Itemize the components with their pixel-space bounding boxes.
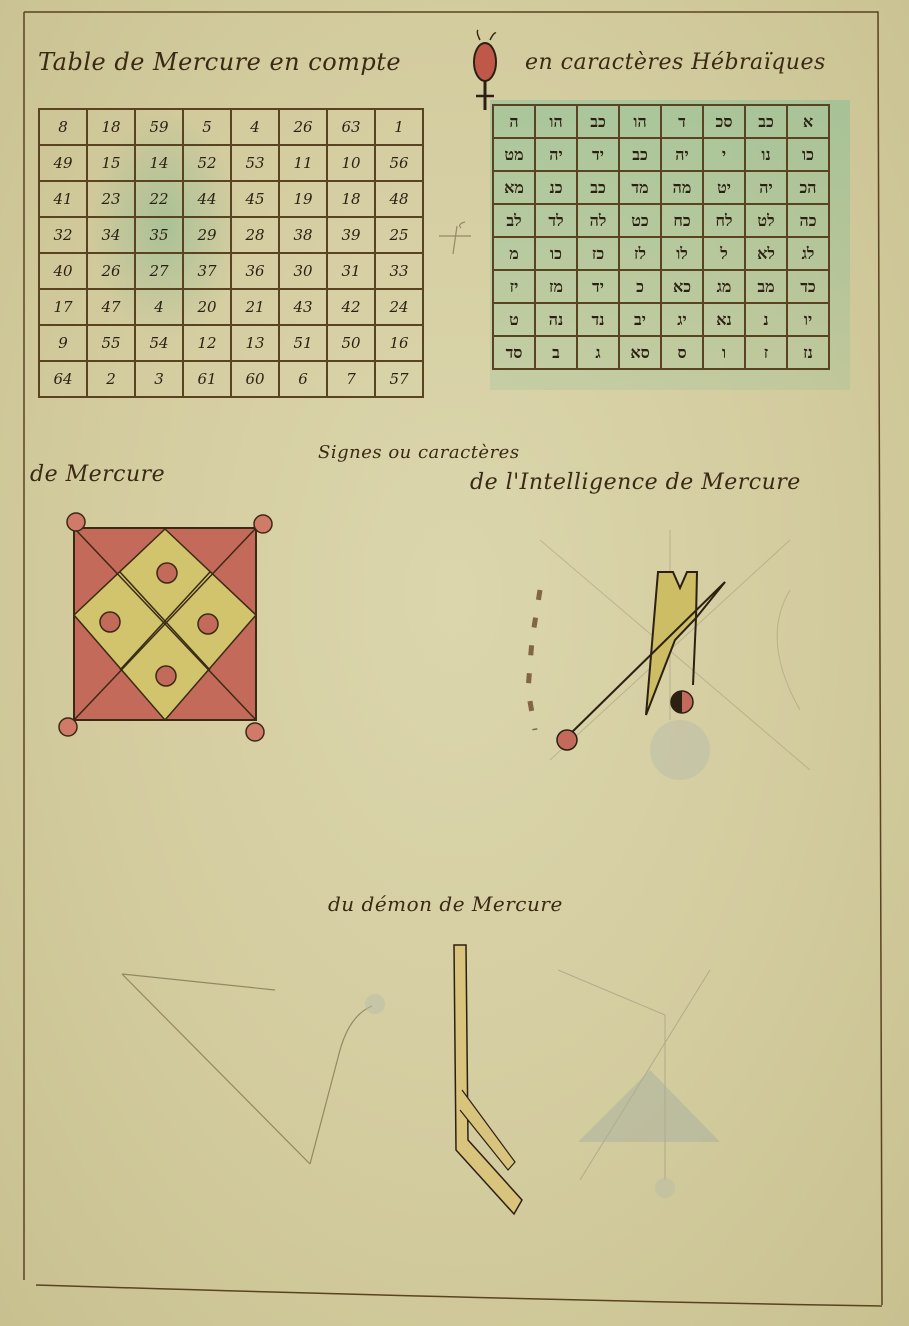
table-cell: 37 bbox=[183, 253, 231, 289]
table-cell: כה bbox=[787, 204, 829, 237]
table-cell: ל bbox=[703, 237, 745, 270]
table-cell: 26 bbox=[279, 109, 327, 145]
table-cell: 4 bbox=[135, 289, 183, 325]
table-cell: ט bbox=[493, 303, 535, 336]
table-row: 955541213515016 bbox=[39, 325, 423, 361]
table-cell: 13 bbox=[231, 325, 279, 361]
table-cell: 3 bbox=[135, 361, 183, 397]
table-row: מאכנכבמדמהיטיההכ bbox=[493, 171, 829, 204]
table-cell: הו bbox=[535, 105, 577, 138]
table-cell: 43 bbox=[279, 289, 327, 325]
table-row: 4026273736303133 bbox=[39, 253, 423, 289]
table-cell: יד bbox=[577, 138, 619, 171]
table-cell: 12 bbox=[183, 325, 231, 361]
table-cell: סד bbox=[493, 336, 535, 369]
table-cell: יה bbox=[661, 138, 703, 171]
table-cell: 51 bbox=[279, 325, 327, 361]
table-cell: מא bbox=[493, 171, 535, 204]
signs-caption-line1: Signes ou caractères bbox=[318, 442, 520, 463]
table-cell: א bbox=[787, 105, 829, 138]
table-cell: 27 bbox=[135, 253, 183, 289]
table-row: סדבגסאסוזנז bbox=[493, 336, 829, 369]
table-cell: 18 bbox=[327, 181, 375, 217]
table-cell: לא bbox=[745, 237, 787, 270]
table-cell: ו bbox=[703, 336, 745, 369]
table-cell: 14 bbox=[135, 145, 183, 181]
table-cell: 1 bbox=[375, 109, 423, 145]
table-cell: 33 bbox=[375, 253, 423, 289]
table-cell: מה bbox=[661, 171, 703, 204]
table-cell: 8 bbox=[39, 109, 87, 145]
demon-sign bbox=[110, 930, 760, 1230]
table-cell: 64 bbox=[39, 361, 87, 397]
table-cell: לח bbox=[703, 204, 745, 237]
table-cell: כב bbox=[619, 138, 661, 171]
table-cell: 50 bbox=[327, 325, 375, 361]
signs-caption-line2: de l'Intelligence de Mercure bbox=[470, 470, 801, 495]
table-row: מטיהידכביהינוכו bbox=[493, 138, 829, 171]
table-cell: כנ bbox=[535, 171, 577, 204]
table-cell: מ bbox=[493, 237, 535, 270]
table-cell: 63 bbox=[327, 109, 375, 145]
table-cell: 44 bbox=[183, 181, 231, 217]
table-cell: 16 bbox=[375, 325, 423, 361]
table-cell: 20 bbox=[183, 289, 231, 325]
table-cell: ד bbox=[661, 105, 703, 138]
table-cell: 59 bbox=[135, 109, 183, 145]
table-cell: 49 bbox=[39, 145, 87, 181]
table-cell: 40 bbox=[39, 253, 87, 289]
table-cell: 61 bbox=[183, 361, 231, 397]
table-cell: 25 bbox=[375, 217, 423, 253]
table-cell: לד bbox=[535, 204, 577, 237]
manuscript-page: Table de Mercure en compte en caractères… bbox=[0, 0, 909, 1326]
table-cell: נא bbox=[703, 303, 745, 336]
table-cell: 30 bbox=[279, 253, 327, 289]
table-row: 3234352928383925 bbox=[39, 217, 423, 253]
table-cell: יו bbox=[787, 303, 829, 336]
table-row: 642361606757 bbox=[39, 361, 423, 397]
table-cell: 48 bbox=[375, 181, 423, 217]
table-cell: כב bbox=[745, 105, 787, 138]
table-cell: יב bbox=[619, 303, 661, 336]
title-left: Table de Mercure en compte bbox=[38, 48, 401, 76]
table-cell: 19 bbox=[279, 181, 327, 217]
table-cell: לה bbox=[577, 204, 619, 237]
table-cell: 54 bbox=[135, 325, 183, 361]
table-cell: 31 bbox=[327, 253, 375, 289]
table-cell: 45 bbox=[231, 181, 279, 217]
table-cell: יה bbox=[535, 138, 577, 171]
table-cell: 2 bbox=[87, 361, 135, 397]
table-cell: הו bbox=[619, 105, 661, 138]
table-cell: כו bbox=[787, 138, 829, 171]
table-cell: סכ bbox=[703, 105, 745, 138]
table-cell: לו bbox=[661, 237, 703, 270]
table-cell: נד bbox=[577, 303, 619, 336]
table-cell: לז bbox=[619, 237, 661, 270]
table-cell: 32 bbox=[39, 217, 87, 253]
table-cell: 35 bbox=[135, 217, 183, 253]
cross-mark-icon bbox=[435, 222, 475, 262]
seal-caption: de Mercure bbox=[30, 462, 165, 487]
table-cell: 55 bbox=[87, 325, 135, 361]
table-cell: 28 bbox=[231, 217, 279, 253]
table-cell: 47 bbox=[87, 289, 135, 325]
seal-of-mercury bbox=[60, 510, 280, 740]
table-row: יזמזידככאמגמבכד bbox=[493, 270, 829, 303]
table-cell: 23 bbox=[87, 181, 135, 217]
table-cell: 4 bbox=[231, 109, 279, 145]
table-cell: סא bbox=[619, 336, 661, 369]
table-cell: מד bbox=[619, 171, 661, 204]
table-cell: ג bbox=[577, 336, 619, 369]
table-cell: ז bbox=[745, 336, 787, 369]
table-cell: 29 bbox=[183, 217, 231, 253]
table-cell: 10 bbox=[327, 145, 375, 181]
intelligence-sign bbox=[510, 510, 840, 790]
table-cell: מט bbox=[493, 138, 535, 171]
table-cell: כו bbox=[535, 237, 577, 270]
table-cell: לג bbox=[787, 237, 829, 270]
mercury-glyph-icon bbox=[470, 30, 500, 112]
hebrew-magic-square: ההוכבהודסככבאמטיהידכביהינוכומאכנכבמדמהיט… bbox=[492, 104, 830, 370]
table-cell: נה bbox=[535, 303, 577, 336]
table-cell: 24 bbox=[375, 289, 423, 325]
table-cell: לט bbox=[745, 204, 787, 237]
table-cell: 39 bbox=[327, 217, 375, 253]
table-cell: נו bbox=[745, 138, 787, 171]
table-cell: 57 bbox=[375, 361, 423, 397]
table-cell: כ bbox=[619, 270, 661, 303]
table-cell: יז bbox=[493, 270, 535, 303]
demon-caption: du démon de Mercure bbox=[328, 892, 563, 916]
table-cell: 17 bbox=[39, 289, 87, 325]
table-cell: כט bbox=[619, 204, 661, 237]
table-cell: 6 bbox=[279, 361, 327, 397]
table-cell: 7 bbox=[327, 361, 375, 397]
table-cell: 21 bbox=[231, 289, 279, 325]
table-row: 4123224445191848 bbox=[39, 181, 423, 217]
table-cell: 52 bbox=[183, 145, 231, 181]
table-cell: כז bbox=[577, 237, 619, 270]
table-cell: נז bbox=[787, 336, 829, 369]
table-cell: כד bbox=[787, 270, 829, 303]
table-row: מכוכזלזלוללאלג bbox=[493, 237, 829, 270]
table-cell: יד bbox=[577, 270, 619, 303]
table-cell: מב bbox=[745, 270, 787, 303]
table-cell: כב bbox=[577, 171, 619, 204]
table-cell: יה bbox=[745, 171, 787, 204]
table-cell: 41 bbox=[39, 181, 87, 217]
table-cell: כא bbox=[661, 270, 703, 303]
table-row: 4915145253111056 bbox=[39, 145, 423, 181]
title-right: en caractères Hébraïques bbox=[525, 50, 826, 75]
table-cell: 9 bbox=[39, 325, 87, 361]
number-magic-square: 8185954266314915145253111056412322444519… bbox=[38, 108, 424, 398]
table-cell: יג bbox=[661, 303, 703, 336]
table-cell: ס bbox=[661, 336, 703, 369]
table-cell: כב bbox=[577, 105, 619, 138]
table-cell: 60 bbox=[231, 361, 279, 397]
table-cell: י bbox=[703, 138, 745, 171]
table-cell: הכ bbox=[787, 171, 829, 204]
table-cell: ב bbox=[535, 336, 577, 369]
table-cell: 38 bbox=[279, 217, 327, 253]
table-row: 818595426631 bbox=[39, 109, 423, 145]
table-cell: 42 bbox=[327, 289, 375, 325]
table-cell: לב bbox=[493, 204, 535, 237]
table-cell: 11 bbox=[279, 145, 327, 181]
table-cell: 22 bbox=[135, 181, 183, 217]
table-cell: ה bbox=[493, 105, 535, 138]
table-row: טנהנדיביגנאניו bbox=[493, 303, 829, 336]
table-cell: כח bbox=[661, 204, 703, 237]
table-cell: 53 bbox=[231, 145, 279, 181]
table-cell: 36 bbox=[231, 253, 279, 289]
table-cell: 56 bbox=[375, 145, 423, 181]
table-cell: 15 bbox=[87, 145, 135, 181]
table-row: לבלדלהכטכחלחלטכה bbox=[493, 204, 829, 237]
table-cell: מז bbox=[535, 270, 577, 303]
table-cell: יט bbox=[703, 171, 745, 204]
table-cell: 18 bbox=[87, 109, 135, 145]
table-row: 174742021434224 bbox=[39, 289, 423, 325]
table-cell: 34 bbox=[87, 217, 135, 253]
table-cell: נ bbox=[745, 303, 787, 336]
table-cell: 5 bbox=[183, 109, 231, 145]
table-cell: 26 bbox=[87, 253, 135, 289]
table-row: ההוכבהודסככבא bbox=[493, 105, 829, 138]
table-cell: מג bbox=[703, 270, 745, 303]
